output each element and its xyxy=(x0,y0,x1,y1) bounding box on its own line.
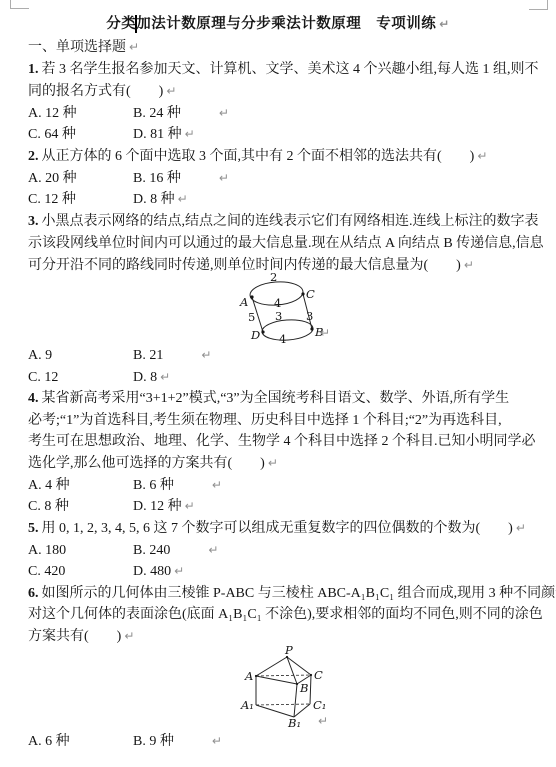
paragraph-mark: ↵ xyxy=(178,192,188,206)
vertex-p-label: P xyxy=(284,644,293,657)
vertex-c-dot xyxy=(310,674,312,676)
paragraph-mark: ↵ xyxy=(201,348,211,362)
weight-middle-arc: 3 xyxy=(275,309,282,323)
paragraph-mark: ↵ xyxy=(185,127,195,141)
option-q6-a: A. 6 种 xyxy=(28,732,133,751)
question-2-text-1: 从正方体的 6 个面中选取 3 个面,其中有 2 个面不相邻的选法共有( ) xyxy=(42,149,475,164)
question-4-number: 4. xyxy=(28,391,39,406)
question-4-text-2: 必考;“1”为首选科目,考生须在物理、历史科目中选择 1 个科目;“2”为再选科… xyxy=(28,413,502,428)
paragraph-mark: ↵ xyxy=(219,106,229,120)
paragraph-mark: ↵ xyxy=(185,499,195,513)
weight-right-edge: 3 xyxy=(306,309,313,323)
paragraph-mark: ↵ xyxy=(320,326,330,340)
margin-mark-top-right-horizontal xyxy=(529,9,548,10)
section-heading: 一、单项选择题 xyxy=(28,40,126,55)
question-1-line-1: 1.若 3 名学生报名参加天文、计算机、文学、美术这 4 个兴趣小组,每人选 1… xyxy=(28,60,539,79)
question-5-text-1: 用 0, 1, 2, 3, 4, 5, 6 这 7 个数字可以组成无重复数字的四… xyxy=(42,521,513,536)
vertex-c-label: C xyxy=(314,668,323,682)
question-2-options-ab: A. 20 种B. 16 种↵ xyxy=(28,169,229,188)
paragraph-mark: ↵ xyxy=(212,478,222,492)
question-4-options-cd: C. 8 种D. 12 种↵ xyxy=(28,497,195,516)
weight-left-edge: 5 xyxy=(248,310,255,324)
option-q1-a: A. 12 种 xyxy=(28,104,133,123)
option-q3-c: C. 12 xyxy=(28,368,133,387)
edge-p-a xyxy=(256,657,287,676)
vertex-a-label: A xyxy=(244,669,253,683)
node-d-label: D xyxy=(250,328,260,342)
paragraph-mark: ↵ xyxy=(160,370,170,384)
option-q4-a: A. 4 种 xyxy=(28,476,133,495)
vertex-a1-label: A₁ xyxy=(240,698,254,712)
weight-bottom-arc: 4 xyxy=(279,332,286,346)
option-q3-d: D. 8 xyxy=(133,370,157,385)
question-4-line-3: 考生可在思想政治、地理、化学、生物学 4 个科目中选择 2 个科目.已知小明同学… xyxy=(28,432,536,451)
question-3-line-1: 3.小黑点表示网络的结点,结点之间的连线表示它们有网络相连.连线上标注的数字表 xyxy=(28,212,539,231)
option-q6-b: B. 9 种 xyxy=(133,734,174,749)
edge-c-c1 xyxy=(310,675,311,704)
node-c-label: C xyxy=(306,287,315,301)
vertex-c1-label: C₁ xyxy=(313,698,326,712)
paragraph-mark: ↵ xyxy=(516,521,526,535)
option-q4-b: B. 6 种 xyxy=(133,478,174,493)
question-6-line-1: 6.如图所示的几何体由三棱锥 P-ABC 与三棱柱 ABC-A₁B₁C₁ 组合而… xyxy=(28,584,556,603)
question-3-options-cd: C. 12D. 8↵ xyxy=(28,368,170,387)
paragraph-mark: ↵ xyxy=(124,629,134,643)
vertex-b-dot xyxy=(296,683,298,685)
question-3-text-1: 小黑点表示网络的结点,结点之间的连线表示它们有网络相连.连线上标注的数字表 xyxy=(42,214,539,229)
weight-top-inner-arc: 4 xyxy=(274,296,281,310)
question-2-number: 2. xyxy=(28,149,39,164)
document-page: 分类加法计数原理与分步乘法计数原理 专项训练↵ 一、单项选择题↵ 1.若 3 名… xyxy=(0,0,556,767)
option-q3-a: A. 9 xyxy=(28,346,133,365)
node-d-dot xyxy=(261,330,264,333)
option-q4-d: D. 12 种 xyxy=(133,499,182,514)
question-3-options-ab: A. 9B. 21↵ xyxy=(28,346,211,365)
option-q5-c: C. 420 xyxy=(28,562,133,581)
question-1-options-ab: A. 12 种B. 24 种↵ xyxy=(28,104,229,123)
question-1-number: 1. xyxy=(28,62,39,77)
question-6-text-2: 对这个几何体的表面涂色(底面 A₁B₁C₁ 不涂色),要求相邻的面均不同色,则不… xyxy=(28,607,543,622)
option-q2-b: B. 16 种 xyxy=(133,171,181,186)
edge-a-b xyxy=(256,676,297,684)
option-q2-c: C. 12 种 xyxy=(28,190,133,209)
node-a-label: A xyxy=(239,295,248,309)
vertex-b-label: B xyxy=(299,681,308,695)
question-6-text-1: 如图所示的几何体由三棱锥 P-ABC 与三棱柱 ABC-A₁B₁C₁ 组合而成,… xyxy=(42,586,556,601)
question-3-number: 3. xyxy=(28,214,39,229)
question-4-line-2: 必考;“1”为首选科目,考生须在物理、历史科目中选择 1 个科目;“2”为再选科… xyxy=(28,411,502,430)
vertex-b1-label: B₁ xyxy=(287,716,301,730)
question-2-options-cd: C. 12 种D. 8 种↵ xyxy=(28,190,188,209)
question-4-text-3: 考生可在思想政治、地理、化学、生物学 4 个科目中选择 2 个科目.已知小明同学… xyxy=(28,434,536,449)
paragraph-mark: ↵ xyxy=(219,171,229,185)
question-4-line-4: 选化学,那么他可选择的方案共有( )↵ xyxy=(28,454,278,473)
question-6-line-2: 对这个几何体的表面涂色(底面 A₁B₁C₁ 不涂色),要求相邻的面均不同色,则不… xyxy=(28,605,543,624)
option-q2-a: A. 20 种 xyxy=(28,169,133,188)
node-a-dot xyxy=(250,295,253,298)
edge-b-b1 xyxy=(294,684,297,717)
question-4-line-1: 4.某省新高考采用“3+1+2”模式,“3”为全国统考科目语文、数学、外语,所有… xyxy=(28,389,509,408)
paragraph-mark: ↵ xyxy=(166,84,176,98)
node-b-dot xyxy=(310,327,313,330)
question-4-text-1: 某省新高考采用“3+1+2”模式,“3”为全国统考科目语文、数学、外语,所有学生 xyxy=(42,391,510,406)
question-3-line-2: 示该段网线单位时间内可以通过的最大信息量.现在从结点 A 向结点 B 传递信息,… xyxy=(28,234,544,253)
vertex-a-dot xyxy=(255,675,257,677)
edge-a1-c1-hidden xyxy=(256,704,310,705)
doc-title-line: 分类加法计数原理与分步乘法计数原理 专项训练↵ xyxy=(0,15,556,34)
question-1-text-1: 若 3 名学生报名参加天文、计算机、文学、美术这 4 个兴趣小组,每人选 1 组… xyxy=(42,62,539,77)
option-q5-a: A. 180 xyxy=(28,541,133,560)
option-q1-d: D. 81 种 xyxy=(133,127,182,142)
question-6-number: 6. xyxy=(28,586,39,601)
paragraph-mark: ↵ xyxy=(318,714,328,728)
question-3-text-2: 示该段网线单位时间内可以通过的最大信息量.现在从结点 A 向结点 B 传递信息,… xyxy=(28,236,544,251)
question-5-options-cd: C. 420D. 480↵ xyxy=(28,562,184,581)
paragraph-mark: ↵ xyxy=(174,564,184,578)
question-4-options-ab: A. 4 种B. 6 种↵ xyxy=(28,476,222,495)
paragraph-mark: ↵ xyxy=(439,17,450,31)
edge-a-c-hidden xyxy=(256,675,311,676)
weight-top-arc: 2 xyxy=(270,270,277,284)
question-4-text-4: 选化学,那么他可选择的方案共有( ) xyxy=(28,456,265,471)
option-q3-b: B. 21 xyxy=(133,348,163,363)
question-6-options-ab: A. 6 种B. 9 种↵ xyxy=(28,732,222,751)
question-1-line-2: 同的报名方式有( )↵ xyxy=(28,82,176,101)
option-q5-b: B. 240 xyxy=(133,543,170,558)
question-2-line-1: 2.从正方体的 6 个面中选取 3 个面,其中有 2 个面不相邻的选法共有( )… xyxy=(28,147,487,166)
question-1-options-cd: C. 64 种D. 81 种↵ xyxy=(28,125,195,144)
paragraph-mark: ↵ xyxy=(268,456,278,470)
question-6-line-3: 方案共有( )↵ xyxy=(28,627,134,646)
question-5-line-1: 5.用 0, 1, 2, 3, 4, 5, 6 这 7 个数字可以组成无重复数字… xyxy=(28,519,526,538)
node-c-dot xyxy=(301,292,304,295)
option-q4-c: C. 8 种 xyxy=(28,497,133,516)
paragraph-mark: ↵ xyxy=(129,40,139,54)
option-q1-b: B. 24 种 xyxy=(133,106,181,121)
page-title: 分类加法计数原理与分步乘法计数原理 专项训练 xyxy=(106,16,436,32)
paragraph-mark: ↵ xyxy=(212,734,222,748)
paragraph-mark: ↵ xyxy=(464,258,474,272)
paragraph-mark: ↵ xyxy=(477,149,487,163)
question-1-text-2: 同的报名方式有( ) xyxy=(28,84,163,99)
question-6-text-3: 方案共有( ) xyxy=(28,629,121,644)
option-q5-d: D. 480 xyxy=(133,564,171,579)
paragraph-mark: ↵ xyxy=(208,543,218,557)
margin-mark-top-left-horizontal xyxy=(10,8,29,9)
question-5-number: 5. xyxy=(28,521,39,536)
section-heading-line: 一、单项选择题↵ xyxy=(28,38,139,57)
option-q1-c: C. 64 种 xyxy=(28,125,133,144)
question-5-options-ab: A. 180B. 240↵ xyxy=(28,541,218,560)
option-q2-d: D. 8 种 xyxy=(133,192,175,207)
